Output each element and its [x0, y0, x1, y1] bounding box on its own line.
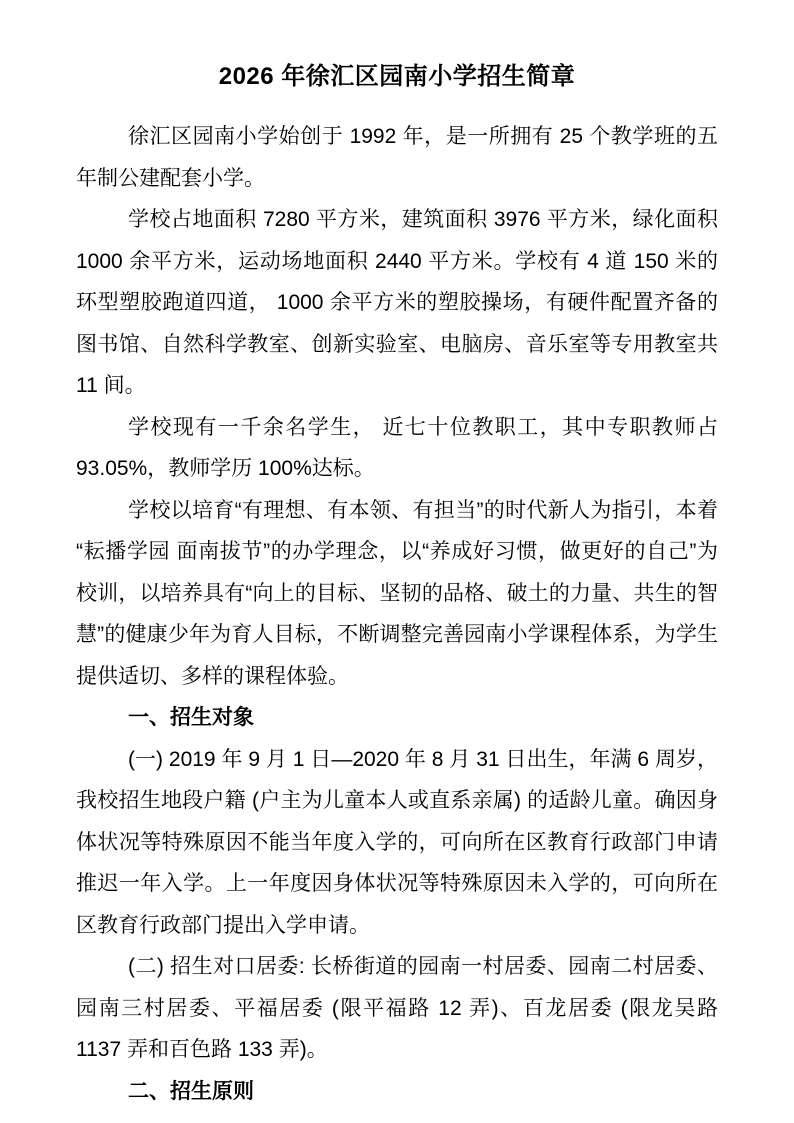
paragraph-campus-facilities: 学校占地面积 7280 平方米，建筑面积 3976 平方米，绿化面积 1000 …: [76, 199, 718, 407]
paragraph-school-intro: 徐汇区园南小学始创于 1992 年，是一所拥有 25 个教学班的五年制公建配套小…: [76, 116, 718, 199]
document-title: 2026 年徐汇区园南小学招生简章: [76, 62, 718, 92]
paragraph-school-philosophy: 学校以培育“有理想、有本领、有担当”的时代新人为指引，本着“耘播学园 面南拔节”…: [76, 490, 718, 698]
paragraph-neighborhood-committees: (二) 招生对口居委: 长桥街道的园南一村居委、园南二村居委、园南三村居委、平福…: [76, 946, 718, 1071]
section-heading-enrollment-targets: 一、招生对象: [76, 697, 718, 739]
document-page: 2026 年徐汇区园南小学招生简章 徐汇区园南小学始创于 1992 年，是一所拥…: [0, 0, 794, 1123]
paragraph-eligibility: (一) 2019 年 9 月 1 日—2020 年 8 月 31 日出生，年满 …: [76, 739, 718, 947]
section-heading-enrollment-principles: 二、招生原则: [76, 1071, 718, 1113]
paragraph-students-teachers: 学校现有一千余名学生， 近七十位教职工，其中专职教师占 93.05%，教师学历 …: [76, 407, 718, 490]
